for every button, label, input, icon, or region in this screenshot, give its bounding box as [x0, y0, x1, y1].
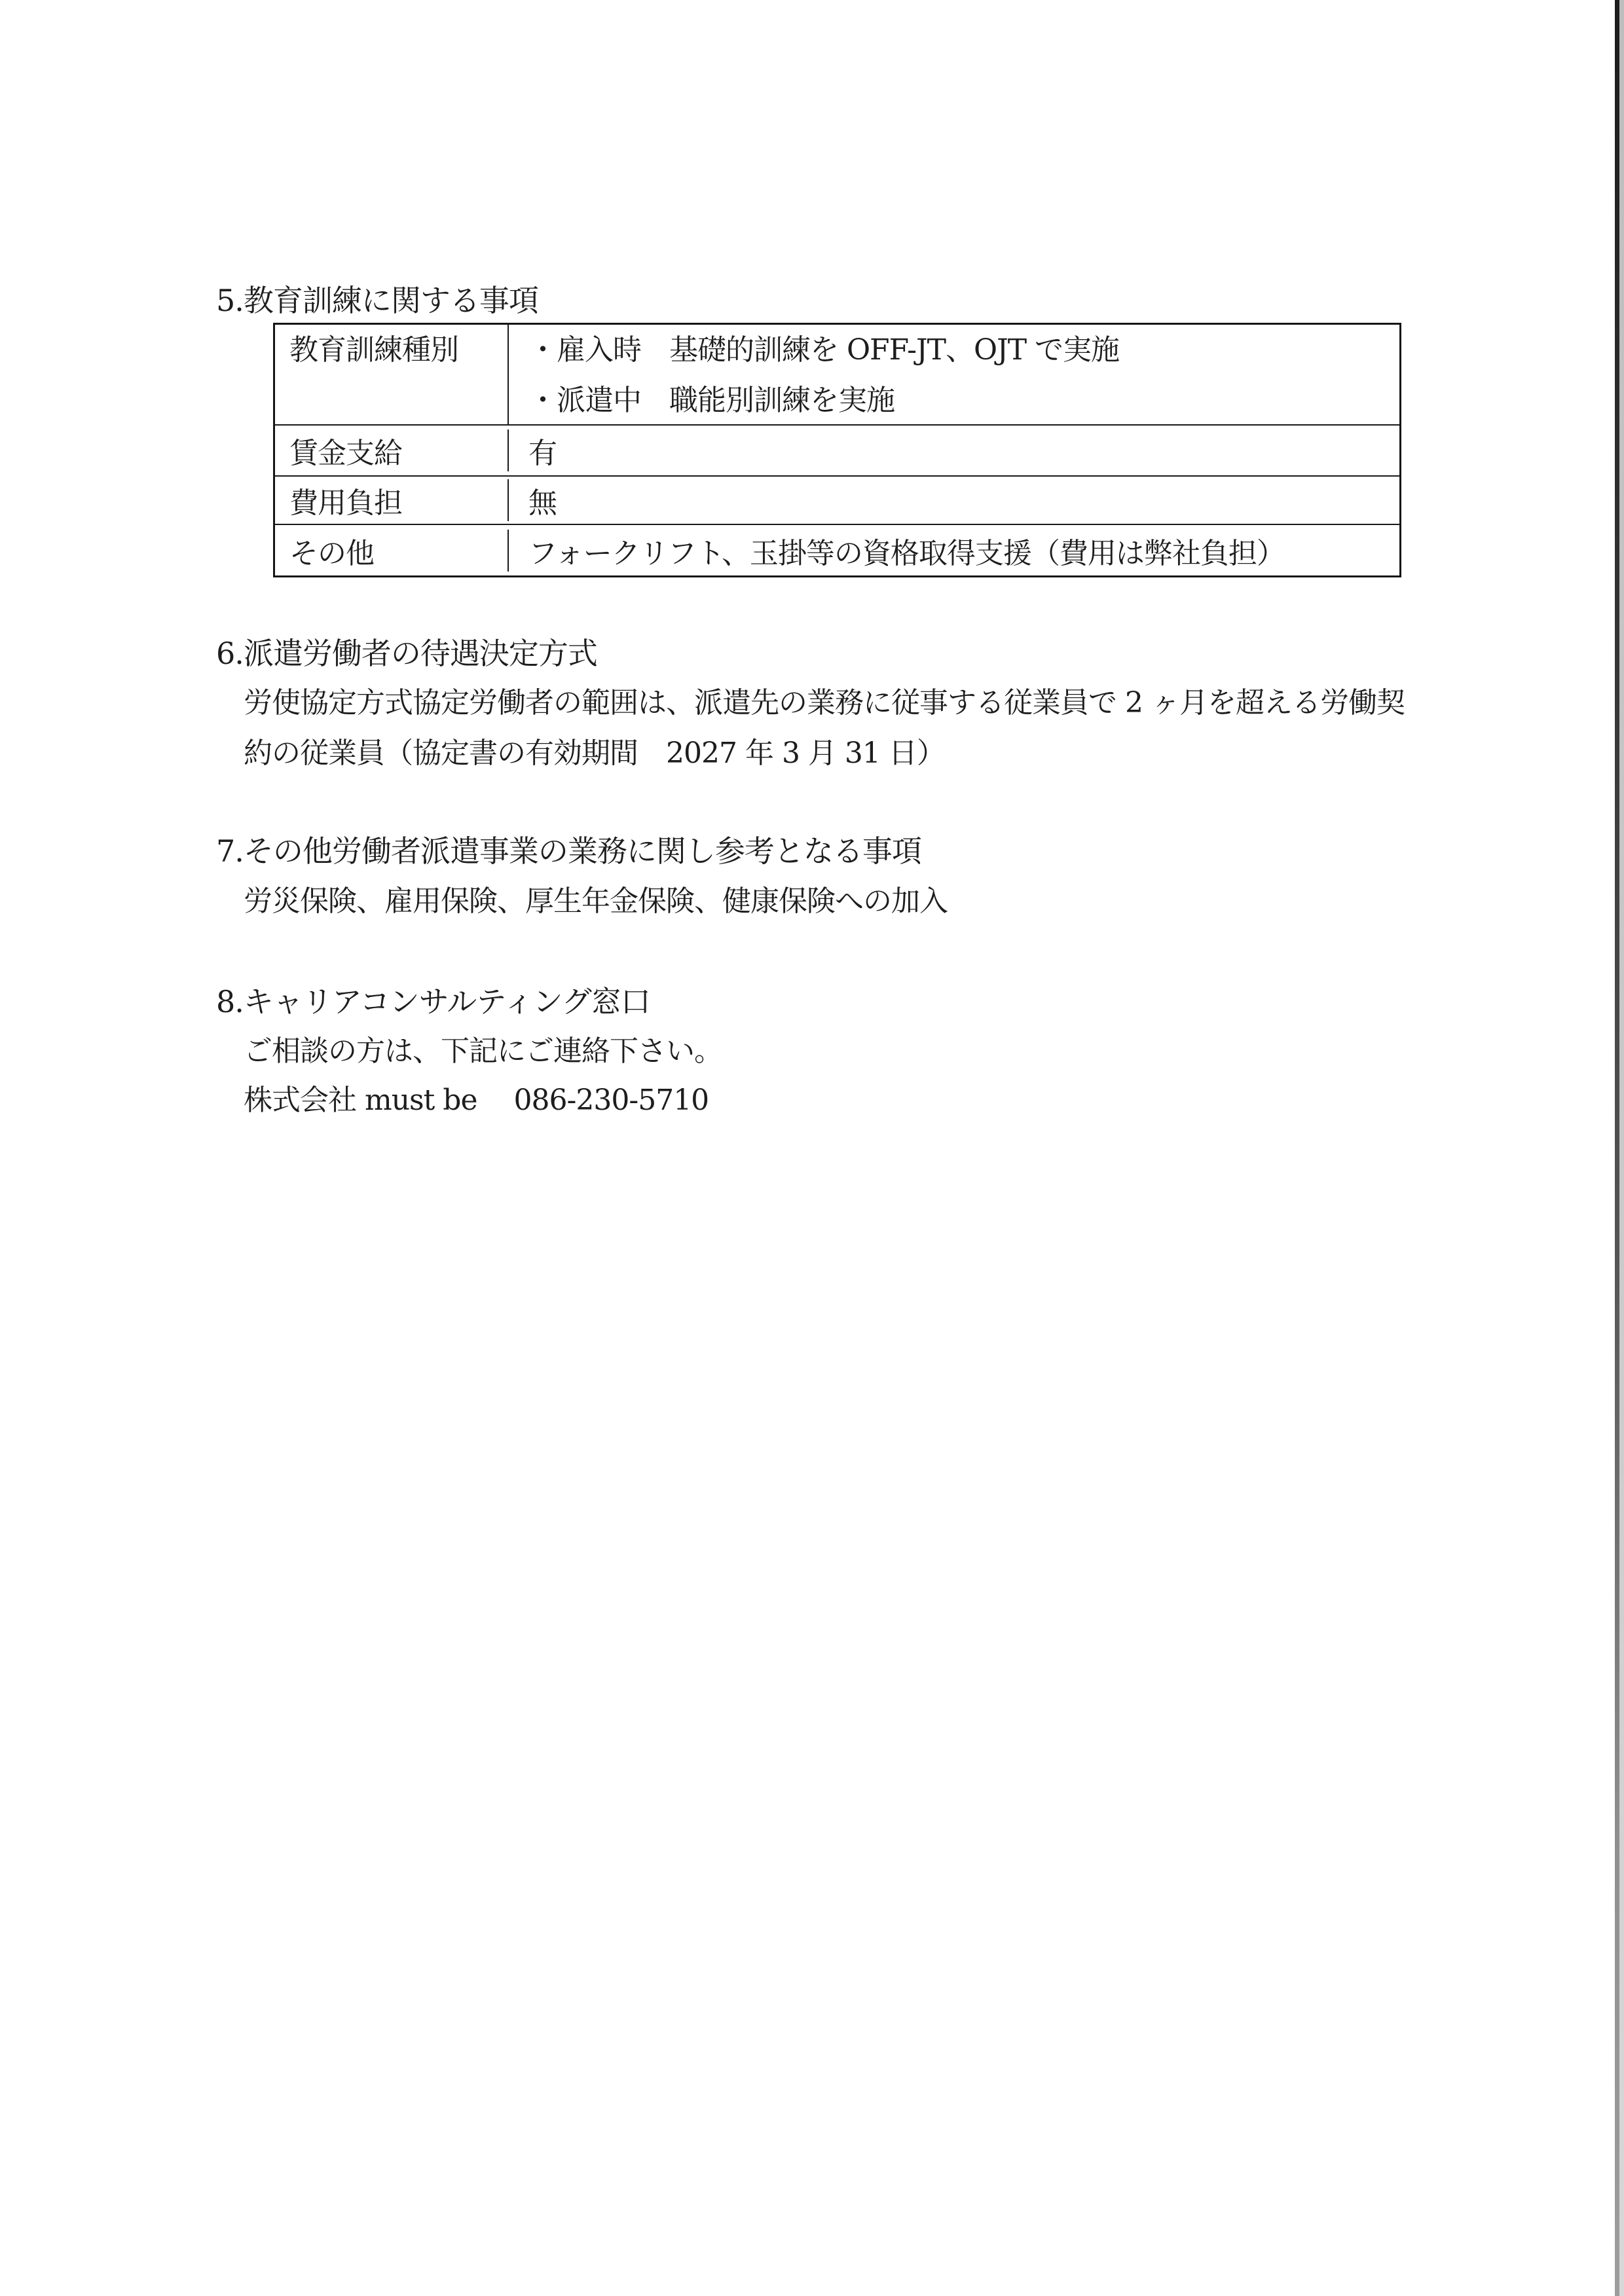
training-table: 教育訓練種別 ・雇入時 基礎的訓練を OFF-JT、OJT で実施 ・派遣中 職… [273, 323, 1401, 577]
section-6-body-line-1: 労使協定方式協定労働者の範囲は、派遣先の業務に従事する従業員で 2 ヶ月を超える… [244, 686, 1405, 720]
company-name: 株式会社 must be [244, 1084, 477, 1117]
section-8-heading: 8.キャリアコンサルティング窓口 [216, 985, 650, 1019]
section-5-heading: 5.教育訓練に関する事項 [216, 283, 538, 318]
row-value: 有 [509, 429, 1399, 471]
row-value: 無 [509, 479, 1399, 521]
section-7-body-line-1: 労災保険、雇用保険、厚生年金保険、健康保険への加入 [244, 884, 948, 919]
section-6-body-line-2: 約の従業員（協定書の有効期間 2027 年 3 月 31 日） [244, 737, 945, 771]
row-label: その他 [275, 530, 509, 572]
table-row-other: その他 フォークリフト、玉掛等の資格取得支援（費用は弊社負担） [275, 524, 1399, 575]
row-value: フォークリフト、玉掛等の資格取得支援（費用は弊社負担） [509, 530, 1399, 572]
value-line: ・雇入時 基礎的訓練を OFF-JT、OJT で実施 [528, 325, 1399, 375]
row-value: ・雇入時 基礎的訓練を OFF-JT、OJT で実施 ・派遣中 職能別訓練を実施 [509, 325, 1399, 424]
company-contact-line: 株式会社 must be086-230-5710 [244, 1084, 709, 1118]
value-line: ・派遣中 職能別訓練を実施 [528, 375, 1399, 426]
section-8-body-line-1: ご相談の方は、下記にご連絡下さい。 [244, 1034, 722, 1068]
phone-number: 086-230-5710 [514, 1084, 709, 1117]
scan-edge-line-light [1619, 0, 1624, 2296]
section-6-heading: 6.派遣労働者の待遇決定方式 [216, 636, 597, 670]
row-label: 賃金支給 [275, 429, 509, 471]
table-row-training-type: 教育訓練種別 ・雇入時 基礎的訓練を OFF-JT、OJT で実施 ・派遣中 職… [275, 325, 1399, 424]
row-label: 費用負担 [275, 479, 509, 521]
table-row-cost-burden: 費用負担 無 [275, 475, 1399, 524]
document-page: 5.教育訓練に関する事項 教育訓練種別 ・雇入時 基礎的訓練を OFF-JT、O… [0, 0, 1624, 2296]
row-label: 教育訓練種別 [275, 325, 509, 424]
table-row-wage-payment: 賃金支給 有 [275, 424, 1399, 475]
scan-edge-line-dark [1615, 0, 1619, 2296]
section-7-heading: 7.その他労働者派遣事業の業務に関し参考となる事項 [216, 834, 921, 868]
